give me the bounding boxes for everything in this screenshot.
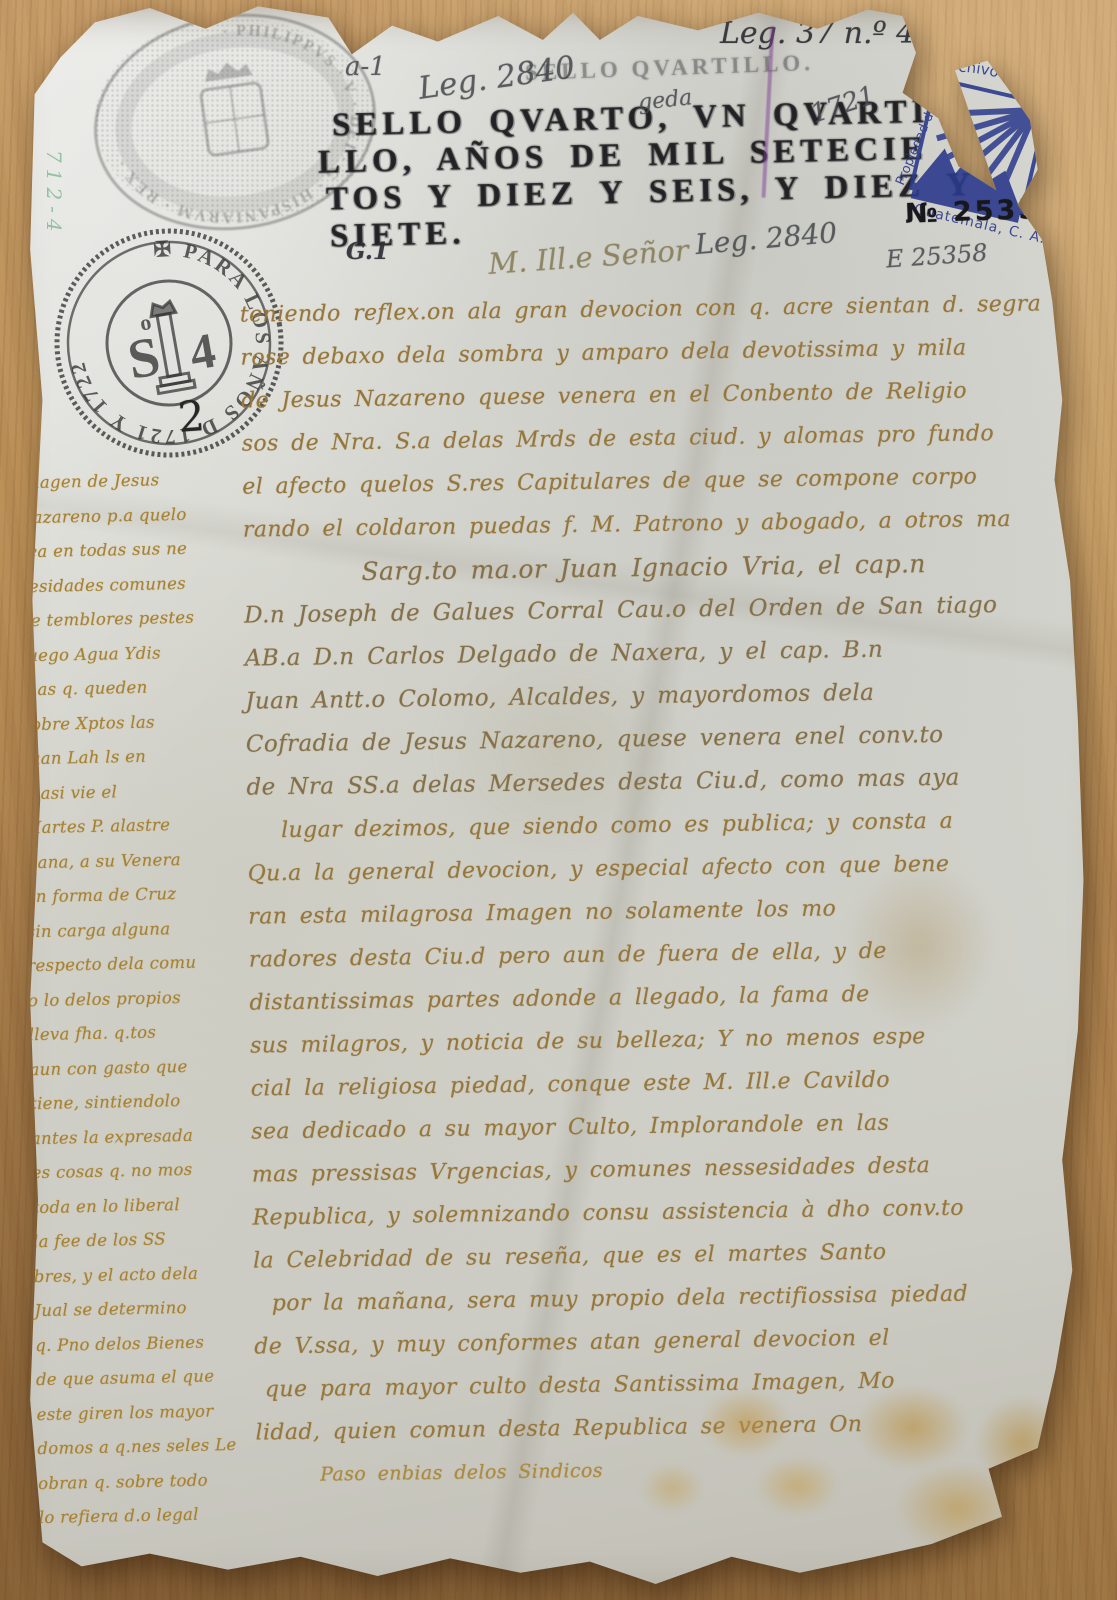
document-paper: · PHILIPPVS · V · DEI · G · HISPANIARVM …	[0, 0, 1117, 1600]
archive-stamp-right-text: de Centro América	[1048, 124, 1061, 236]
paper-edge-shading	[0, 0, 1117, 1600]
photo-of-manuscript: { "colors":{"ink_sepia":"#96763a","margi…	[0, 0, 1117, 1600]
wooden-table-background: · PHILIPPVS · V · DEI · G · HISPANIARVM …	[0, 0, 1117, 1600]
